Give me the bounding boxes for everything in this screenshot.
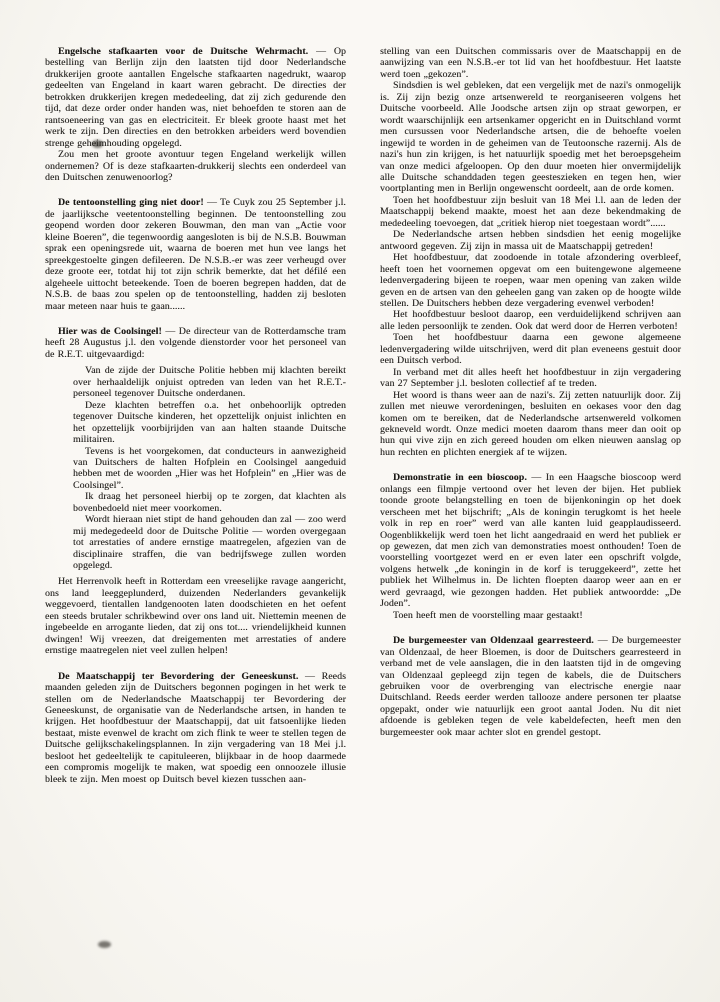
paragraph: De Nederlandsche artsen hebben sindsdien… xyxy=(380,229,681,252)
text-columns: Engelsche stafkaarten voor de Duitsche W… xyxy=(45,46,681,785)
document-page: Engelsche stafkaarten voor de Duitsche W… xyxy=(0,0,720,1002)
paragraph-text: Op bestelling van Berlijn zijn den laats… xyxy=(45,46,346,149)
paragraph: De tentoonstelling ging niet door! — Te … xyxy=(45,197,346,312)
column-right: stelling van een Duitschen commissaris o… xyxy=(380,46,681,785)
title-dash: — xyxy=(207,197,217,208)
paragraph: Het Herrenvolk heeft in Rotterdam een vr… xyxy=(45,576,346,656)
quoted-paragraph: Tevens is het voorgekomen, dat conducteu… xyxy=(73,446,346,492)
article: De tentoonstelling ging niet door! — Te … xyxy=(45,197,346,312)
quoted-paragraph: Ik draag het personeel hierbij op te zor… xyxy=(73,491,346,514)
article: Engelsche stafkaarten voor de Duitsche W… xyxy=(45,46,346,183)
paragraph: Toen het hoofdbestuur zijn besluit van 1… xyxy=(380,195,681,229)
paragraph: Zou men het groote avontuur tegen Engela… xyxy=(45,149,346,183)
paragraph: Demonstratie in een bioscoop. — In een H… xyxy=(380,472,681,609)
paragraph: Hier was de Coolsingel! — De directeur v… xyxy=(45,326,346,360)
article-title: Engelsche stafkaarten voor de Duitsche W… xyxy=(58,46,308,57)
title-dash: — xyxy=(598,635,608,646)
title-dash: — xyxy=(305,671,315,682)
paragraph: Sindsdien is wel gebleken, dat een verge… xyxy=(380,80,681,195)
article-title: De tentoonstelling ging niet door! xyxy=(58,197,204,208)
article-title: Hier was de Coolsingel! xyxy=(58,326,162,337)
paragraph-text: Te Cuyk zou 25 September j.l. de jaarlij… xyxy=(45,197,346,311)
quoted-paragraph: Wordt hieraan niet stipt de hand gehoude… xyxy=(73,514,346,571)
paragraph-text: Reeds maanden geleden zijn de Duitschers… xyxy=(45,671,346,785)
article: De Maatschappij ter Bevordering der Gene… xyxy=(45,671,346,786)
article: De burgemeester van Oldenzaal gearrestee… xyxy=(380,635,681,738)
paragraph-text: De burgemeester van Oldenzaal, de heer B… xyxy=(380,635,681,738)
article-title: De Maatschappij ter Bevordering der Gene… xyxy=(58,671,298,682)
title-dash: — xyxy=(316,46,326,57)
paragraph: Het hoofdbestuur, dat zoodoende in total… xyxy=(380,252,681,309)
ink-smudge xyxy=(98,941,111,948)
article: Demonstratie in een bioscoop. — In een H… xyxy=(380,472,681,621)
quoted-paragraph: Deze klachten betreffen o.a. het onbehoo… xyxy=(73,400,346,446)
title-dash: — xyxy=(531,472,541,483)
paragraph: Het woord is thans weer aan de nazi's. Z… xyxy=(380,390,681,459)
title-dash: — xyxy=(165,326,175,337)
paragraph: Toen het hoofdbestuur daarna een gewone … xyxy=(380,332,681,366)
paragraph: Het hoofdbestuur besloot daarop, een ver… xyxy=(380,309,681,332)
quoted-paragraph: Van de zijde der Duitsche Politie hebben… xyxy=(73,365,346,399)
paragraph: In verband met dit alles heeft het hoofd… xyxy=(380,367,681,390)
paragraph: stelling van een Duitschen commissaris o… xyxy=(380,46,681,80)
article-title: De burgemeester van Oldenzaal gearrestee… xyxy=(393,635,594,646)
article: stelling van een Duitschen commissaris o… xyxy=(380,46,681,458)
article: Hier was de Coolsingel! — De directeur v… xyxy=(45,326,346,657)
paragraph: De Maatschappij ter Bevordering der Gene… xyxy=(45,671,346,786)
article-title: Demonstratie in een bioscoop. xyxy=(393,472,527,483)
column-left: Engelsche stafkaarten voor de Duitsche W… xyxy=(45,46,346,785)
paragraph: De burgemeester van Oldenzaal gearrestee… xyxy=(380,635,681,738)
paragraph: Toen heeft men de voorstelling maar gest… xyxy=(380,610,681,621)
paragraph-text: In een Haagsche bioscoop werd onlangs ee… xyxy=(380,472,681,609)
paragraph: Engelsche stafkaarten voor de Duitsche W… xyxy=(45,46,346,149)
